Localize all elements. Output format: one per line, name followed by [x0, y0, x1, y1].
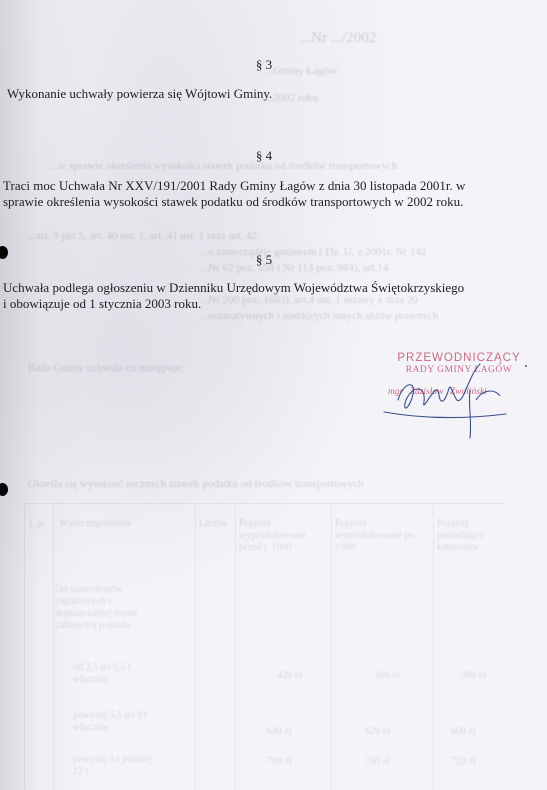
bleed-line: ...o samorządzie gminnym ( Dz. U. z 2001… [200, 246, 426, 259]
punch-hole [0, 246, 8, 259]
signature-icon [378, 360, 508, 440]
bleed-line: ...2002 roku [265, 92, 318, 105]
bleed-line: ...Nr 62 poz. 558 i Nr 113 poz. 984), ar… [200, 262, 388, 275]
scanned-page: ...Nr .../2002 ...Gminy Łagów ...2002 ro… [0, 0, 547, 790]
stamp-dot [525, 365, 527, 367]
paragraph-line: Uchwała podlega ogłoszeniu w Dzienniku U… [3, 280, 464, 296]
bleed-line: ...w sprawie określenia wysokości stawek… [50, 160, 397, 173]
bleed-line: Rada Gminy uchwala co następuje: [28, 362, 184, 375]
bleed-line: Określa się wysokość rocznych stawek pod… [28, 478, 363, 491]
section-5-text: Uchwała podlega ogłoszeniu w Dzienniku U… [3, 280, 464, 312]
paragraph-line: i obowiązuje od 1 stycznia 2003 roku. [3, 296, 464, 312]
punch-hole [0, 483, 8, 496]
paragraph-line: sprawie określenia wysokości stawek poda… [3, 194, 465, 210]
section-4-mark: § 4 [244, 148, 284, 164]
bleed-line: ...art. 3 pkt 5, art. 40 ust. 1, art. 41… [28, 230, 257, 243]
paragraph-line: Wykonanie uchwały powierza się Wójtowi G… [7, 86, 272, 102]
section-4-text: Traci moc Uchwała Nr XXV/191/2001 Rady G… [3, 178, 465, 210]
bleed-table: L.p. Wyszczególnienie Liczba Pojazdy wyp… [24, 503, 505, 790]
section-3-mark: § 3 [244, 57, 284, 73]
bleed-header: ...Nr .../2002 [300, 32, 376, 45]
section-5-mark: § 5 [244, 252, 284, 268]
paragraph-line: Traci moc Uchwała Nr XXV/191/2001 Rady G… [3, 178, 465, 194]
section-3-text: Wykonanie uchwały powierza się Wójtowi G… [7, 86, 272, 102]
